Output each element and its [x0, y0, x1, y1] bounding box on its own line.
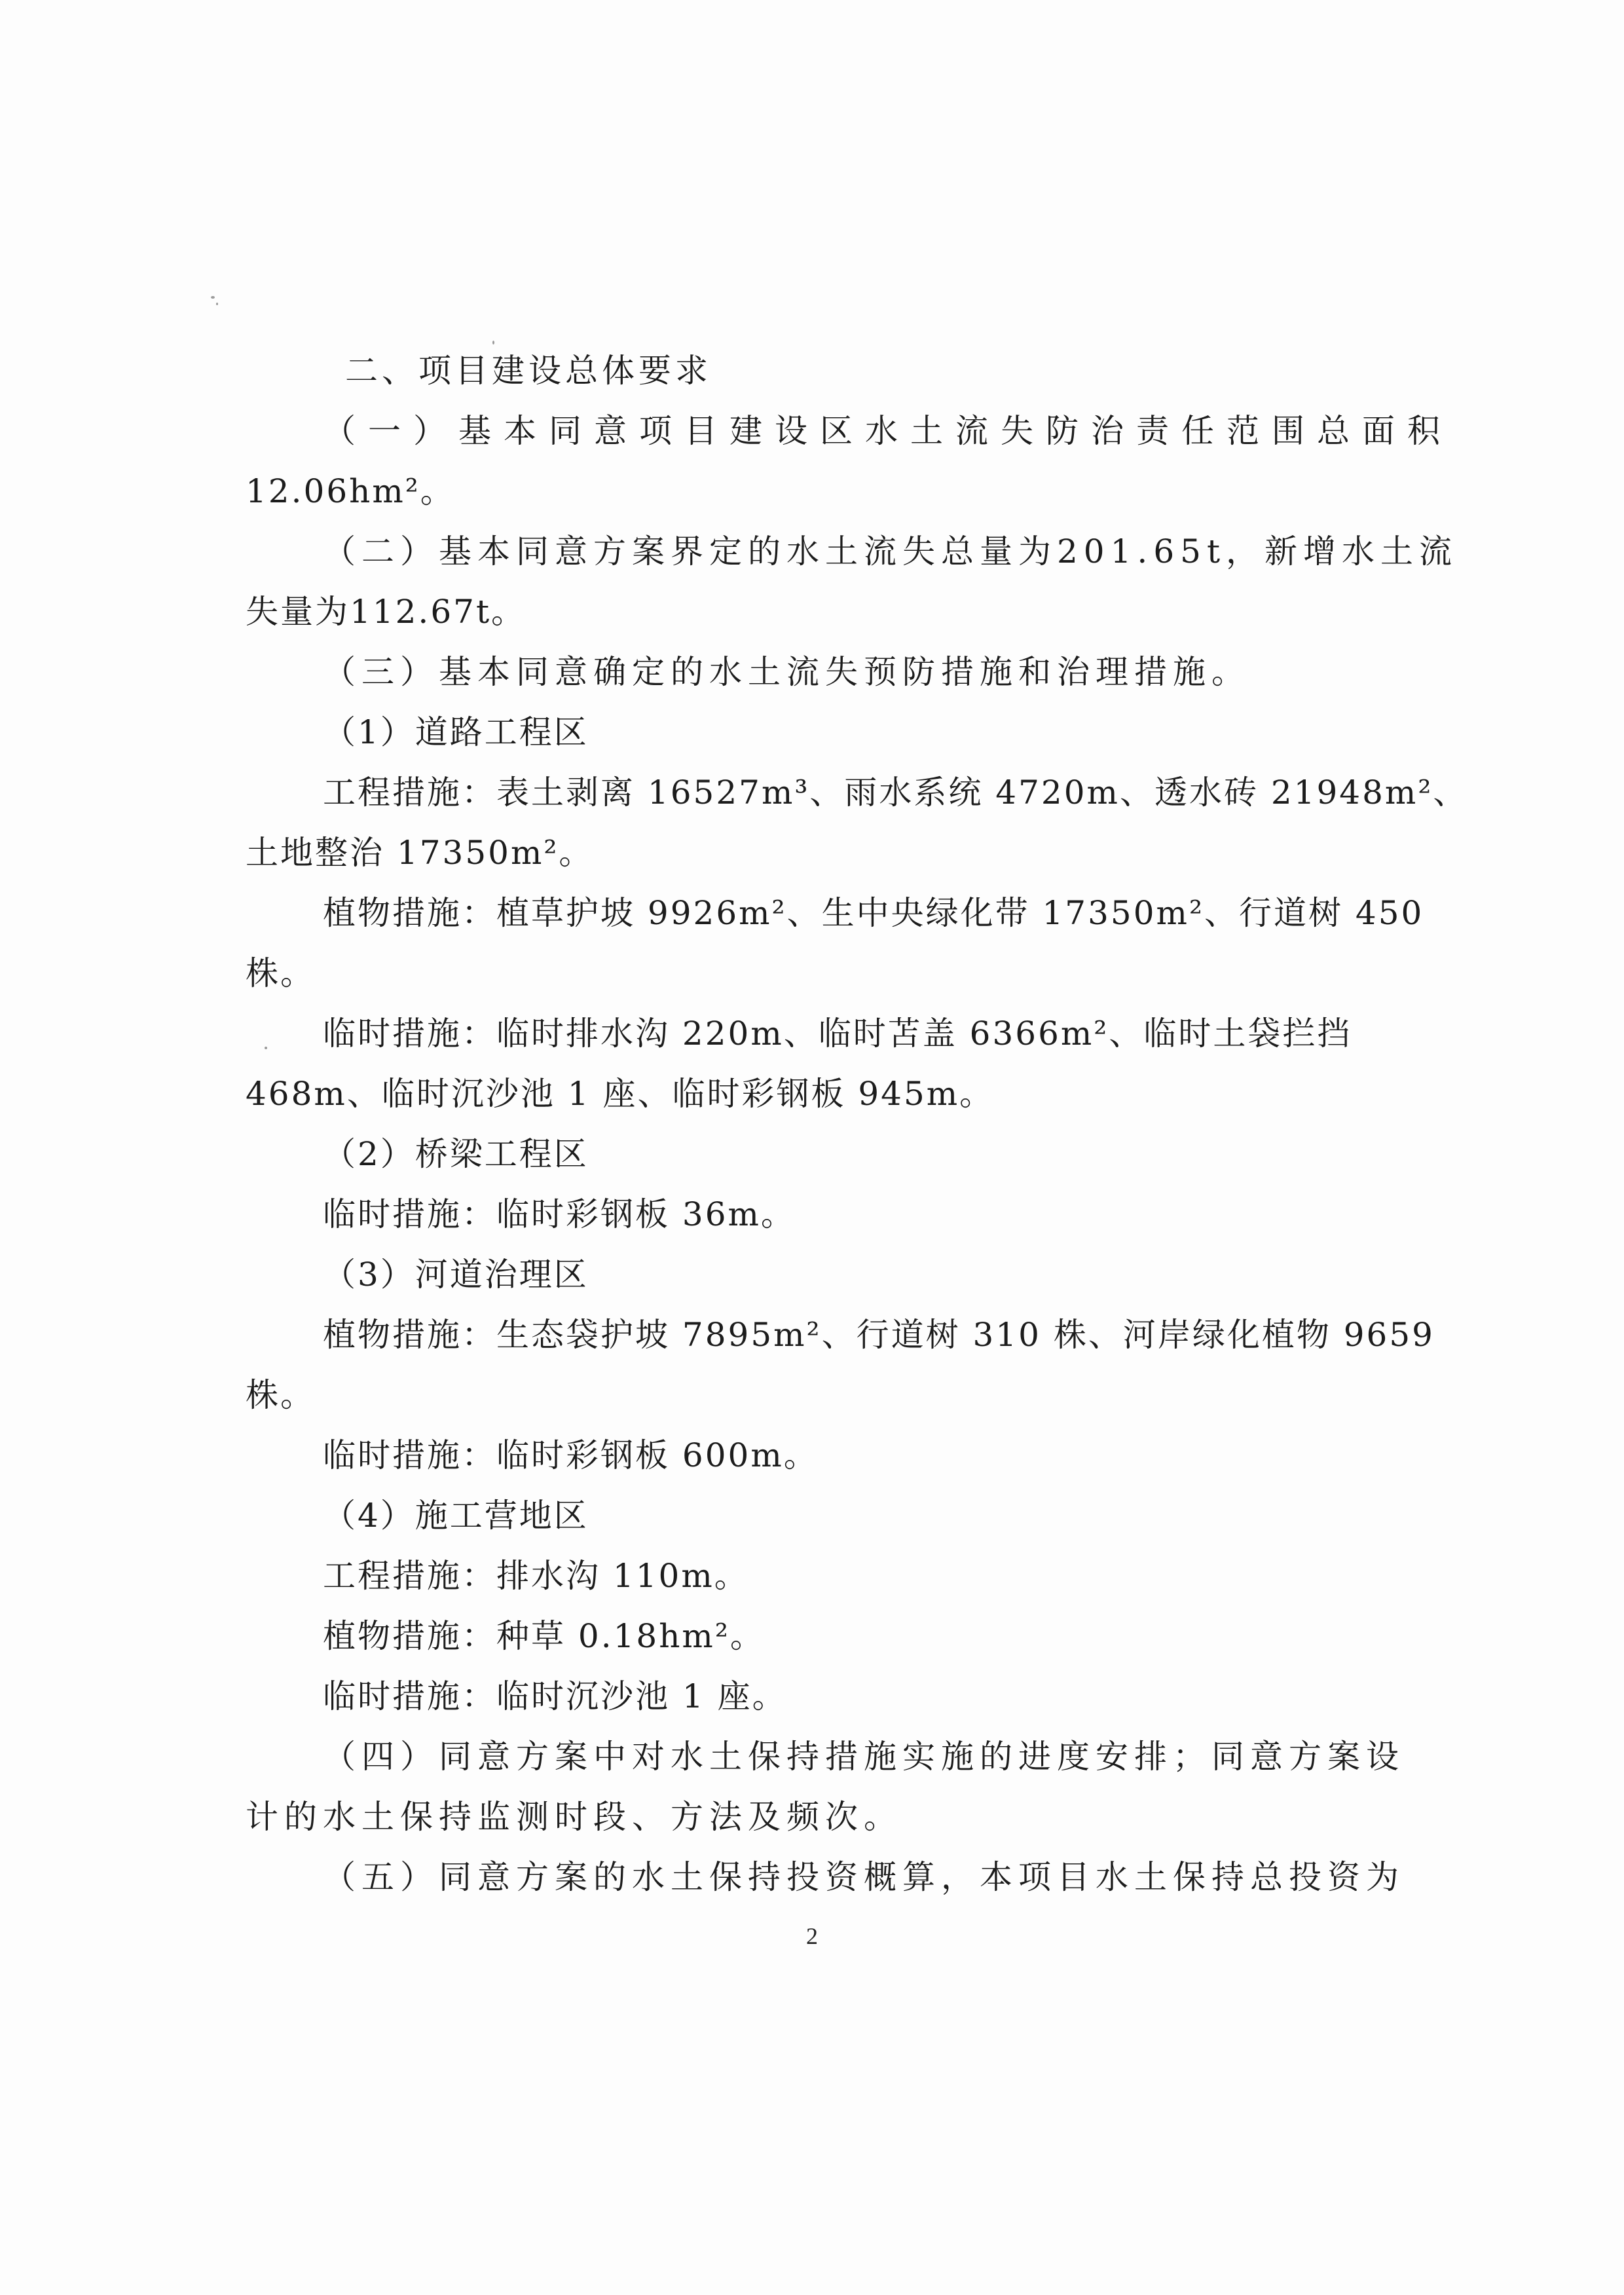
- subsection-heading: （3）河道治理区: [246, 1244, 1314, 1305]
- paragraph-line: （一）基本同意项目建设区水土流失防治责任范围总面积: [246, 401, 1314, 461]
- paragraph-line: 植物措施：生态袋护坡 7895m²、行道树 310 株、河岸绿化植物 9659: [246, 1305, 1314, 1365]
- paragraph-line: （四）同意方案中对水土保持措施实施的进度安排；同意方案设: [246, 1726, 1314, 1787]
- paragraph-line: 468m、临时沉沙池 1 座、临时彩钢板 945m。: [246, 1064, 1314, 1124]
- paragraph-line: 临时措施：临时彩钢板 36m。: [246, 1184, 1314, 1244]
- paragraph-line: 计的水土保持监测时段、方法及频次。: [246, 1787, 1314, 1847]
- scan-speck: [211, 296, 215, 299]
- paragraph-line: 临时措施：临时沉沙池 1 座。: [246, 1666, 1314, 1726]
- subsection-heading: （4）施工营地区: [246, 1485, 1314, 1546]
- subsection-heading: （2）桥梁工程区: [246, 1124, 1314, 1184]
- scan-speck: [216, 303, 218, 305]
- paragraph-line: （二）基本同意方案界定的水土流失总量为201.65t，新增水土流: [246, 521, 1314, 582]
- paragraph-line: 12.06hm²。: [246, 461, 1314, 521]
- section-heading: 二、项目建设总体要求: [246, 341, 1314, 401]
- paragraph-line: 植物措施：种草 0.18hm²。: [246, 1606, 1314, 1666]
- document-body: 二、项目建设总体要求 （一）基本同意项目建设区水土流失防治责任范围总面积 12.…: [246, 341, 1314, 1907]
- page-number: 2: [760, 1922, 864, 1950]
- paragraph-line: 临时措施：临时排水沟 220m、临时苫盖 6366m²、临时土袋拦挡: [246, 1003, 1314, 1064]
- paragraph-line: 株。: [246, 943, 1314, 1003]
- paragraph-line: （五）同意方案的水土保持投资概算，本项目水土保持总投资为: [246, 1847, 1314, 1907]
- paragraph-line: 失量为112.67t。: [246, 582, 1314, 642]
- paragraph-line: 工程措施：表土剥离 16527m³、雨水系统 4720m、透水砖 21948m²…: [246, 762, 1314, 823]
- paragraph-line: 临时措施：临时彩钢板 600m。: [246, 1425, 1314, 1485]
- paragraph-line: 土地整治 17350m²。: [246, 823, 1314, 883]
- subsection-heading: （1）道路工程区: [246, 702, 1314, 762]
- paragraph-line: 植物措施：植草护坡 9926m²、生中央绿化带 17350m²、行道树 450: [246, 883, 1314, 943]
- paragraph-line: （三）基本同意确定的水土流失预防措施和治理措施。: [246, 642, 1314, 702]
- paragraph-line: 株。: [246, 1365, 1314, 1425]
- document-page: 二、项目建设总体要求 （一）基本同意项目建设区水土流失防治责任范围总面积 12.…: [0, 0, 1624, 2295]
- paragraph-line: 工程措施：排水沟 110m。: [246, 1546, 1314, 1606]
